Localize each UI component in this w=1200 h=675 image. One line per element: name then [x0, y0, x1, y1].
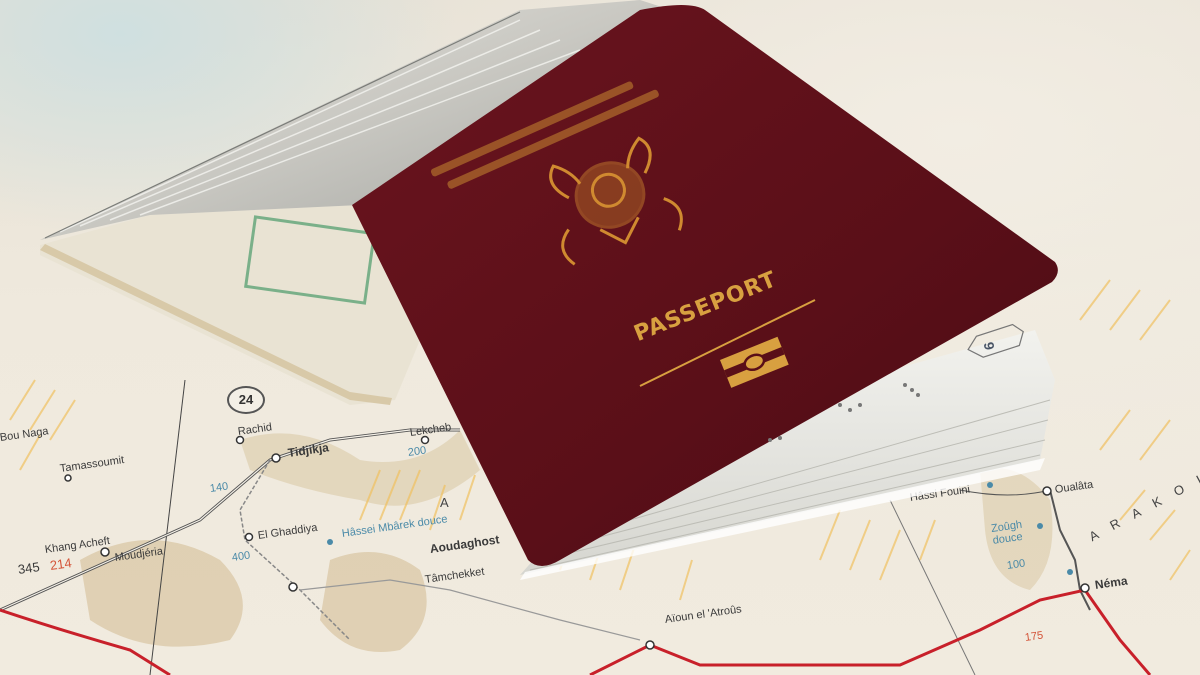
- passports-illustration: [0, 0, 1200, 675]
- photo-scene: Bou Naga Tamassoumit Rachid Tidjikja Lek…: [0, 0, 1200, 675]
